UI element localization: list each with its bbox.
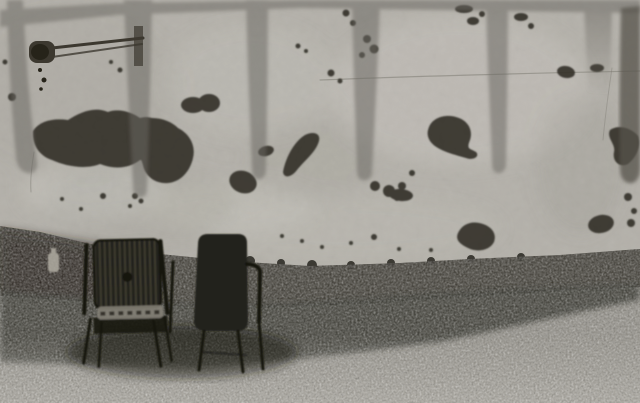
photo-canvas — [0, 0, 640, 403]
bracket-elbow — [31, 44, 49, 60]
post-shadow-6 — [584, 4, 612, 95]
paint-patch — [514, 13, 528, 21]
paint-patch — [198, 94, 220, 112]
pipe-vertical — [134, 26, 143, 66]
post-shadow-right-edge — [620, 6, 640, 183]
bottle-body — [48, 253, 59, 272]
paint-patch — [467, 17, 479, 25]
photograph — [0, 0, 640, 403]
chair-armchair-back — [194, 234, 248, 331]
